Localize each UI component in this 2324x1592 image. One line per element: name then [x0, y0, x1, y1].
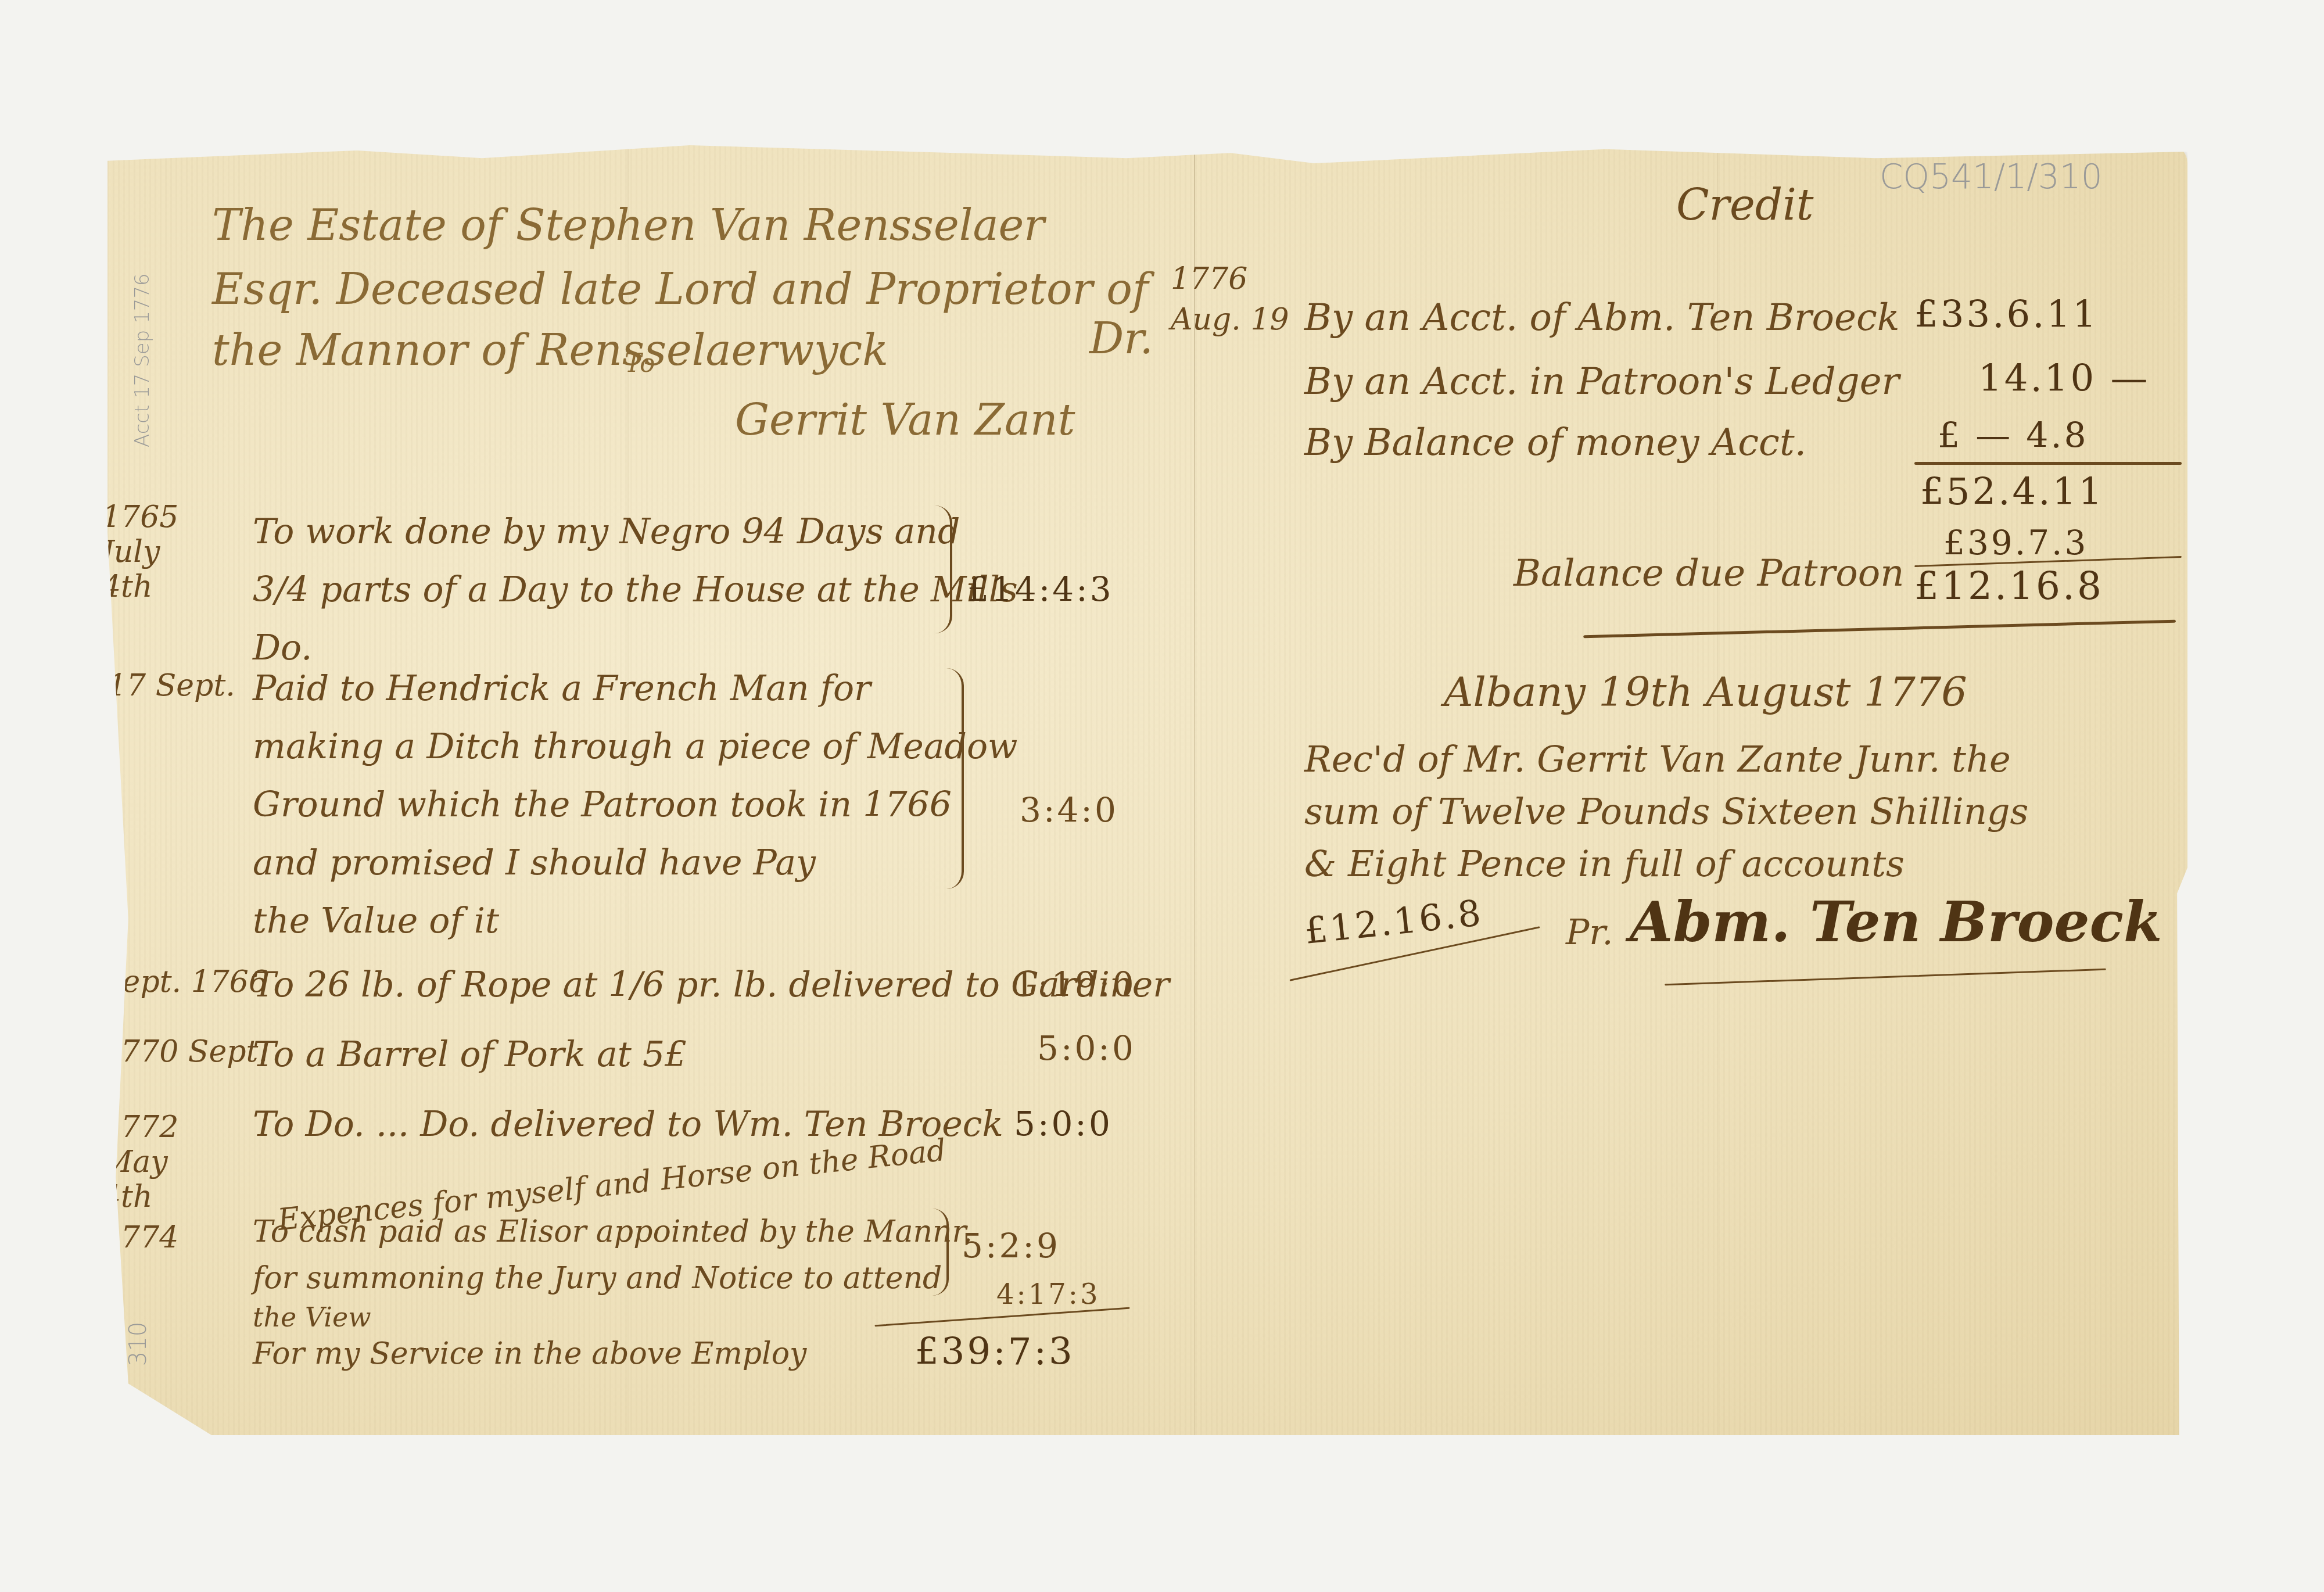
- entry-7-line-1: For my Service in the above Employ: [253, 1336, 806, 1371]
- entry-1-line-3: Do.: [253, 628, 312, 668]
- ledger-sheet: Acct 17 Sep 1776 CQ541/1/310 310 The Est…: [107, 145, 2187, 1435]
- credit-debit-carried: £39.7.3: [1943, 523, 2088, 562]
- credit-date-day: Aug. 19: [1171, 302, 1289, 337]
- balance-underline: [1583, 620, 2176, 639]
- entry-4-line-1: To a Barrel of Pork at 5£: [253, 1034, 687, 1075]
- credit-entry-1-amount: £33.6.11: [1914, 293, 2099, 336]
- entry-6-amount: 5:2:9: [962, 1226, 1060, 1265]
- entry-1-line-2: 3/4 parts of a Day to the House at the M…: [253, 569, 1018, 610]
- center-fold: [1194, 145, 1195, 1435]
- entry-2-amount: 3:4:0: [1020, 790, 1118, 830]
- entry-4-date: 1770 Sept.: [102, 1034, 268, 1069]
- archive-reference: CQ541/1/310: [1880, 157, 2103, 196]
- entry-7-amount: 4:17:3: [996, 1278, 1100, 1311]
- entry-4-amount: 5:0:0: [1037, 1028, 1136, 1068]
- to-label: To: [625, 349, 655, 378]
- credit-entry-3-text: By Balance of money Acct.: [1304, 421, 1806, 464]
- creditor-name: Gerrit Van Zant: [735, 395, 1075, 445]
- credit-header: Credit: [1676, 180, 1814, 230]
- credit-entry-3-amount: £ — 4.8: [1938, 415, 2089, 456]
- dr-label: Dr.: [1089, 314, 1153, 364]
- entry-1-line-1: To work done by my Negro 94 Days and: [253, 511, 960, 552]
- entry-2-line-5: the Value of it: [253, 901, 499, 941]
- entry-2-line-2: making a Ditch through a piece of Meadow: [253, 726, 1017, 767]
- entry-6-line-3: for summoning the Jury and Notice to att…: [253, 1261, 942, 1296]
- entry-6-date: 1774: [102, 1220, 178, 1255]
- entry-1-date: 1765 July 4th: [102, 500, 195, 604]
- balance-label: Balance due Patroon: [1514, 552, 1904, 595]
- entry-3-amount: 1:19:0: [1014, 964, 1136, 1004]
- entry-1-amount: £14:4:3: [967, 569, 1114, 609]
- entry-3-date: Sept. 1766: [102, 964, 268, 999]
- signature-prefix: Pr.: [1566, 912, 1613, 953]
- archive-number-bottom: 310: [125, 1322, 152, 1366]
- entry-2-brace: [944, 668, 964, 889]
- entry-2-line-3: Ground which the Patroon took in 1766: [253, 784, 952, 825]
- debit-header-line-1: The Estate of Stephen Van Rensselaer: [212, 200, 1045, 250]
- entry-5-amount: 5:0:0: [1014, 1104, 1113, 1143]
- entry-6-brace: [933, 1209, 949, 1296]
- entry-2-line-1: Paid to Hendrick a French Man for: [253, 668, 871, 709]
- credit-entry-2-text: By an Acct. in Patroon's Ledger: [1304, 360, 1899, 403]
- entry-1-brace: [933, 505, 952, 633]
- credit-subtotal-rule: [1914, 462, 2182, 465]
- debit-total: £39:7:3: [915, 1331, 1075, 1374]
- entry-2-date: 17 Sept.: [107, 668, 235, 703]
- receipt-place-date: Albany 19th August 1776: [1444, 668, 1967, 716]
- signature-flourish: [1665, 969, 2106, 986]
- credit-date-year: 1776: [1171, 261, 1247, 296]
- signature: Abm. Ten Broeck: [1630, 889, 2162, 955]
- credit-entry-2-amount: 14.10 —: [1978, 357, 2150, 400]
- credit-entry-1-text: By an Acct. of Abm. Ten Broeck: [1304, 296, 1900, 339]
- archive-margin-note: Acct 17 Sep 1776: [131, 273, 154, 447]
- receipt-line-2: sum of Twelve Pounds Sixteen Shillings: [1304, 790, 2028, 833]
- credit-subtotal: £52.4.11: [1920, 471, 2104, 514]
- debit-header-line-2: Esqr. Deceased late Lord and Proprietor …: [212, 264, 1148, 314]
- debit-header-line-3: the Mannor of Rensselaerwyck: [212, 325, 888, 375]
- entry-6-line-2: To cash paid as Elisor appointed by the …: [253, 1214, 973, 1249]
- entry-2-line-4: and promised I should have Pay: [253, 842, 816, 883]
- entry-6-line-4: the View: [253, 1301, 371, 1333]
- balance-amount: £12.16.8: [1914, 564, 2104, 608]
- receipt-line-1: Rec'd of Mr. Gerrit Van Zante Junr. the: [1304, 738, 2011, 780]
- receipt-line-3: & Eight Pence in full of accounts: [1304, 842, 1905, 885]
- entry-5-date: 1772 May 4th: [102, 1110, 218, 1214]
